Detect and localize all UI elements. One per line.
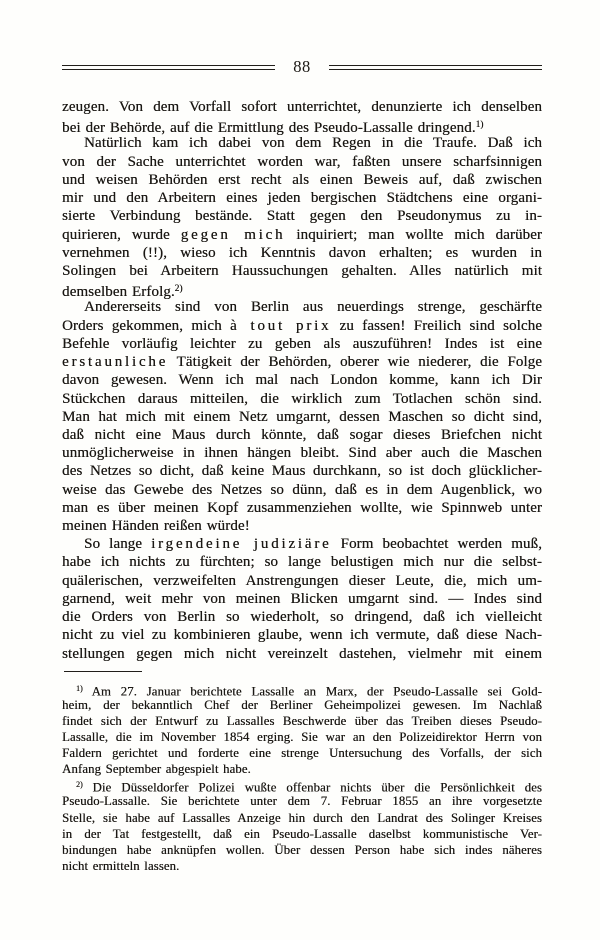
footnotes: 1) Am 27. Januar berichtete Lassalle an … [62, 681, 542, 874]
text-segment: Lassalle, die im November 1854 erging. S… [62, 730, 542, 744]
body-line: Stückchen daraus mitteilen, die wirklich… [62, 390, 542, 408]
text-segment: die Orders von Berlin so wiederholt, so … [62, 609, 542, 625]
text-segment: inquiriert; man wollte mich darüber [285, 227, 542, 243]
footnote-marker: 1) [476, 120, 484, 130]
body-line: davon gewesen. Wenn ich mal nach London … [62, 371, 542, 389]
text-segment: Stückchen daraus mitteilen, die wirklich… [62, 391, 542, 407]
text-segment: bindungen habe anknüpfen wollen. Über de… [62, 843, 542, 857]
text-segment: Man hat mich mit einem Netz umgarnt, des… [62, 409, 542, 425]
text-segment: Anfang September abgespielt habe. [62, 762, 251, 776]
text-segment: des Netzes so dicht, daß keine Maus durc… [62, 463, 542, 479]
text-segment: garnend, weit mehr von meinen Blicken um… [62, 591, 542, 607]
text-segment: findet sich der Entwurf zu Lassalles Bes… [62, 714, 542, 728]
footnote-line: bindungen habe anknüpfen wollen. Über de… [62, 842, 542, 858]
text-segment: sierte Verbindung bestände. Statt gegen … [62, 208, 542, 224]
footnote-line: Anfang September abgespielt habe. [62, 761, 542, 777]
text-segment: in der Tat festgestellt, daß ein Pseudo-… [62, 827, 542, 841]
body-line: des Netzes so dicht, daß keine Maus durc… [62, 462, 542, 480]
footnote-marker: 2) [76, 780, 83, 789]
body-line: zeugen. Von dem Vorfall sofort unterrich… [62, 98, 542, 116]
footnote-line: 1) Am 27. Januar berichtete Lassalle an … [62, 681, 542, 697]
footnote-line: heim, der bekanntlich Chef der Berliner … [62, 697, 542, 713]
book-page: 88 zeugen. Von dem Vorfall sofort unterr… [0, 0, 600, 940]
footnote-line: nicht ermitteln lassen. [62, 858, 542, 874]
body-line: garnend, weit mehr von meinen Blicken um… [62, 590, 542, 608]
text-segment: meinen Händen reißen würde! [62, 518, 250, 534]
letterspaced-emphasis: gegen mich [181, 227, 286, 243]
text-segment: zu fassen! Freilich sind solche [331, 318, 542, 334]
text-segment: davon gewesen. Wenn ich mal nach London … [62, 372, 542, 388]
body-line: So lange irgendeine judiziäre Form beoba… [62, 535, 542, 553]
text-segment: mir und den Arbeitern eines jeden bergis… [62, 190, 542, 206]
footnote-line: findet sich der Entwurf zu Lassalles Bes… [62, 713, 542, 729]
body-line: vernehmen (!!), wieso ich Kenntnis davon… [62, 244, 542, 262]
body-line: von der Sache unterrichtet worden war, f… [62, 153, 542, 171]
text-segment: stellungen gegen mich nicht vereinzelt d… [62, 646, 542, 662]
text-segment: Tätigkeit der Behörden, oberer wie niede… [168, 354, 542, 370]
body-line: daß nicht eine Maus durch könnte, daß so… [62, 426, 542, 444]
body-line: habe ich nichts zu fürchten; so lange be… [62, 553, 542, 571]
text-segment: habe ich nichts zu fürchten; so lange be… [62, 554, 542, 570]
body-line: mir und den Arbeitern eines jeden bergis… [62, 189, 542, 207]
text-segment: Pseudo-Lassalle. Sie berichtete unter de… [62, 794, 542, 808]
body-line: quälerischen, verzweifelten Anstrengunge… [62, 572, 542, 590]
text-segment: vernehmen (!!), wieso ich Kenntnis davon… [62, 245, 542, 261]
text-segment: Solingen bei Arbeitern Haussuchungen geh… [62, 263, 542, 279]
letterspaced-emphasis: erstaunliche [62, 354, 168, 370]
body-line: Natürlich kam ich dabei von dem Regen in… [62, 134, 542, 152]
footnote-line: in der Tat festgestellt, daß ein Pseudo-… [62, 826, 542, 842]
text-segment: nicht ermitteln lassen. [62, 859, 179, 873]
text-segment: nicht zu viel zu kombinieren glaube, wen… [62, 627, 542, 643]
footnote-line: Pseudo-Lassalle. Sie berichtete unter de… [62, 793, 542, 809]
footnote-line: Stelle, sie habe auf Lassalles Anzeige h… [62, 810, 542, 826]
text-segment: von der Sache unterrichtet worden war, f… [62, 154, 542, 170]
body-text: zeugen. Von dem Vorfall sofort unterrich… [62, 98, 542, 663]
body-line: nicht zu viel zu kombinieren glaube, wen… [62, 626, 542, 644]
text-segment: Befehle vorläufig leichter zu geben als … [62, 336, 542, 352]
header-rule-left [62, 65, 275, 70]
text-segment: quirieren, wurde [62, 227, 181, 243]
body-line: meinen Händen reißen würde! [62, 517, 542, 535]
footnote-marker: 1) [76, 684, 83, 693]
footnote-marker: 2) [175, 284, 183, 294]
letterspaced-emphasis: à tout prix [230, 318, 331, 334]
body-line: Orders gekommen, mich à tout prix zu fas… [62, 317, 542, 335]
body-line: quirieren, wurde gegen mich inquiriert; … [62, 226, 542, 244]
text-segment: und weisen Behörden erst recht als einen… [62, 172, 542, 188]
text-segment: Stelle, sie habe auf Lassalles Anzeige h… [62, 811, 542, 825]
footnote-separator [64, 671, 142, 672]
text-segment: daß nicht eine Maus durch könnte, daß so… [62, 427, 542, 443]
text-segment: quälerischen, verzweifelten Anstrengunge… [62, 573, 542, 589]
page-number: 88 [275, 56, 329, 78]
text-segment: man es über meinen Kopf zusammenziehen w… [62, 500, 542, 516]
text-segment: heim, der bekanntlich Chef der Berliner … [62, 698, 542, 712]
body-line: Befehle vorläufig leichter zu geben als … [62, 335, 542, 353]
footnote-line: 2) Die Düsseldorfer Polizei wußte offenb… [62, 777, 542, 793]
footnote-line: Lassalle, die im November 1854 erging. S… [62, 729, 542, 745]
body-line: Andererseits sind von Berlin aus neuerdi… [62, 298, 542, 316]
body-line: sierte Verbindung bestände. Statt gegen … [62, 207, 542, 225]
body-line: weise das Gewebe des Netzes so dünn, daß… [62, 481, 542, 499]
body-line: unmöglicherweise in ihnen hängen bleibt.… [62, 444, 542, 462]
body-line: Solingen bei Arbeitern Haussuchungen geh… [62, 262, 542, 280]
text-segment: So lange [84, 536, 151, 552]
body-line: und weisen Behörden erst recht als einen… [62, 171, 542, 189]
body-line: demselben Erfolg.2) [62, 280, 542, 298]
text-segment: zeugen. Von dem Vorfall sofort unterrich… [62, 99, 542, 115]
text-segment: Form beobachtet werden muß, [331, 536, 542, 552]
footnote-line: Faldern gerichtet und forderte eine stre… [62, 745, 542, 761]
text-segment: Faldern gerichtet und forderte eine stre… [62, 746, 542, 760]
body-line: die Orders von Berlin so wiederholt, so … [62, 608, 542, 626]
body-line: Man hat mich mit einem Netz umgarnt, des… [62, 408, 542, 426]
body-line: erstaunliche Tätigkeit der Behörden, obe… [62, 353, 542, 371]
text-segment: unmöglicherweise in ihnen hängen bleibt.… [62, 445, 542, 461]
text-segment: Natürlich kam ich dabei von dem Regen in… [84, 135, 542, 151]
text-segment: weise das Gewebe des Netzes so dünn, daß… [62, 482, 542, 498]
body-line: man es über meinen Kopf zusammenziehen w… [62, 499, 542, 517]
body-line: bei der Behörde, auf die Ermittlung des … [62, 116, 542, 134]
page-header: 88 [62, 56, 542, 78]
text-segment: Andererseits sind von Berlin aus neuerdi… [84, 299, 542, 315]
header-rule-right [329, 65, 542, 70]
letterspaced-emphasis: irgendeine judiziäre [151, 536, 331, 552]
body-line: stellungen gegen mich nicht vereinzelt d… [62, 645, 542, 663]
text-segment: Orders gekommen, mich [62, 318, 230, 334]
